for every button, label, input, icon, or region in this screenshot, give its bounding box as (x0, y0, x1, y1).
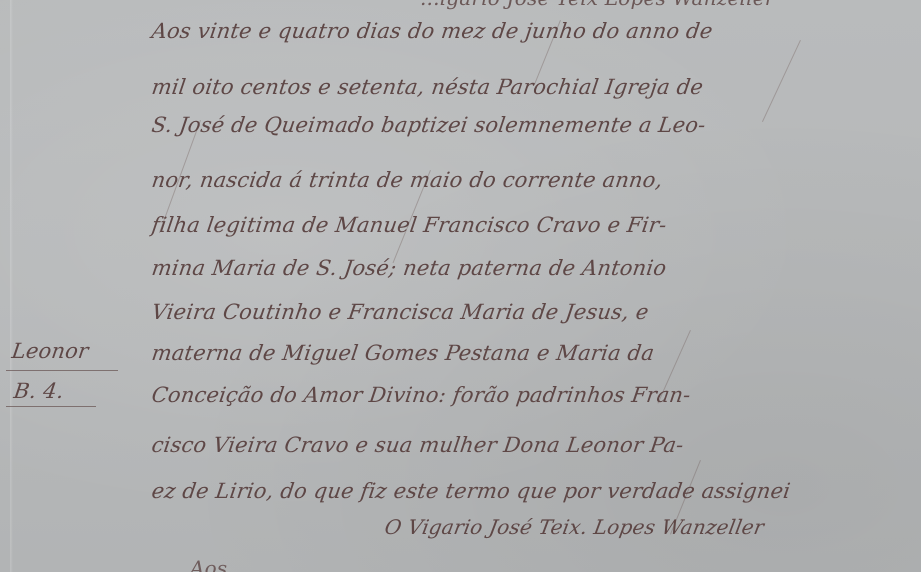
margin-underline (6, 406, 96, 407)
entry-line-3: S. José de Queimado baptizei solemnement… (150, 112, 707, 138)
entry-line-11: ez de Lirio, do que fiz este termo que p… (150, 478, 792, 504)
entry-line-4: nor, nascida á trinta de maio do corrent… (150, 167, 664, 193)
pen-stroke (762, 40, 801, 122)
entry-line-5: filha legitima de Manuel Francisco Cravo… (150, 212, 668, 238)
entry-line-10: cisco Vieira Cravo e sua mulher Dona Leo… (150, 432, 685, 458)
entry-line-6: mina Maria de S. José; neta paterna de A… (150, 255, 668, 281)
entry-line-9: Conceição do Amor Divino: forão padrinho… (150, 382, 692, 408)
paper-fold-highlight (10, 0, 13, 572)
margin-name: Leonor (10, 338, 90, 364)
priest-signature: O Vigario José Teix. Lopes Wanzeller (383, 514, 766, 540)
entry-line-1: Aos vinte e quatro dias do mez de junho … (150, 18, 714, 44)
margin-reference: B. 4. (12, 378, 65, 404)
manuscript-page: ...igario José Teix Lopes Wanzeller Aos … (0, 0, 921, 572)
margin-divider (6, 370, 118, 371)
entry-line-8: materna de Miguel Gomes Pestana e Maria … (150, 340, 656, 366)
cut-off-bottom-line: Aos... (190, 556, 247, 572)
cut-off-top-line: ...igario José Teix Lopes Wanzeller (420, 0, 775, 10)
entry-line-2: mil oito centos e setenta, nésta Parochi… (150, 74, 705, 100)
entry-line-7: Vieira Coutinho e Francisca Maria de Jes… (150, 299, 650, 325)
